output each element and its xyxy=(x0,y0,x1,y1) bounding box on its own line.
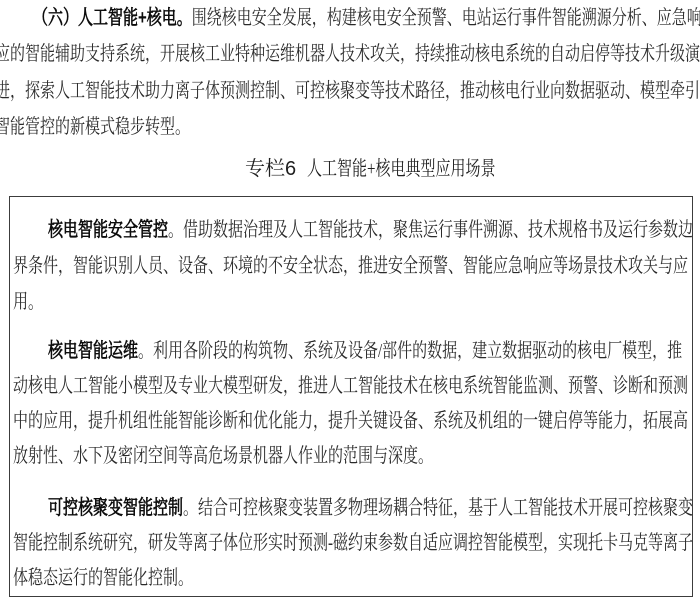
feature-box: 核电智能安全管控。借助数据治理及人工智能技术，聚焦运行事件溯源、技术规格书及运行… xyxy=(9,196,693,597)
box-p1-line-1: 核电智能安全管控。借助数据治理及人工智能技术，聚焦运行事件溯源、技术规格书及运行… xyxy=(48,219,693,241)
box-p2-line-4: 放射性、水下及密闭空间等高危场景机器人作业的范围与深度。 xyxy=(13,445,433,467)
intro-line-3: 进，探索人工智能技术助力离子体预测控制、可控核聚变等技术路径，推动核电行业向数据… xyxy=(0,80,700,102)
document-page: （六）人工智能+核电。围绕核电安全发展，构建核电安全预警、电站运行事件智能溯源分… xyxy=(0,0,700,604)
box-p2-line-1: 核电智能运维。利用各阶段的构筑物、系统及设备/部件的数据，建立数据驱动的核电厂模… xyxy=(48,340,682,362)
box-p1-lead: 核电智能安全管控 xyxy=(48,219,168,241)
box-p3-lead: 可控核聚变智能控制 xyxy=(48,497,183,519)
intro-line-4: 智能管控的新模式稳步转型。 xyxy=(0,116,190,138)
box-p2-lead: 核电智能运维 xyxy=(48,340,138,362)
box-p2-line-1-rest: 。利用各阶段的构筑物、系统及设备/部件的数据，建立数据驱动的核电厂模型，推 xyxy=(138,340,682,362)
box-p1-line-3: 用。 xyxy=(13,291,43,313)
intro-line-2: 应的智能辅助支持系统，开展核工业特种运维机器人技术攻关，持续推动核电系统的自动启… xyxy=(0,43,700,65)
box-p3-line-3: 体稳态运行的智能化控制。 xyxy=(13,567,193,589)
column-heading-title: 人工智能+核电典型应用场景 xyxy=(307,158,495,181)
box-p1-line-1-rest: 。借助数据治理及人工智能技术，聚焦运行事件溯源、技术规格书及运行参数边 xyxy=(168,219,693,241)
intro-lead: （六）人工智能+核电。 xyxy=(33,7,192,29)
box-p3-line-2: 智能控制系统研究，研发等离子体位形实时预测-磁约束参数自适应调控智能模型，实现托… xyxy=(13,532,693,554)
intro-line-1: （六）人工智能+核电。围绕核电安全发展，构建核电安全预警、电站运行事件智能溯源分… xyxy=(33,7,700,29)
box-p2-line-2: 动核电人工智能小模型及专业大模型研发，推进人工智能技术在核电系统智能监测、预警、… xyxy=(13,375,688,397)
box-p3-line-1-rest: 。结合可控核聚变装置多物理场耦合特征，基于人工智能技术开展可控核聚变 xyxy=(183,497,693,519)
column-heading-label: 专栏6 xyxy=(245,158,296,181)
box-p1-line-2: 界条件，智能识别人员、设备、环境的不安全状态，推进安全预警、智能应急响应等场景技… xyxy=(13,255,688,277)
intro-line-1-rest: 围绕核电安全发展，构建核电安全预警、电站运行事件智能溯源分析、应急响 xyxy=(192,7,700,29)
box-p3-line-1: 可控核聚变智能控制。结合可控核聚变装置多物理场耦合特征，基于人工智能技术开展可控… xyxy=(48,497,693,519)
box-p2-line-3: 中的应用，提升机组性能智能诊断和优化能力，提升关键设备、系统及机组的一键启停等能… xyxy=(13,410,688,432)
